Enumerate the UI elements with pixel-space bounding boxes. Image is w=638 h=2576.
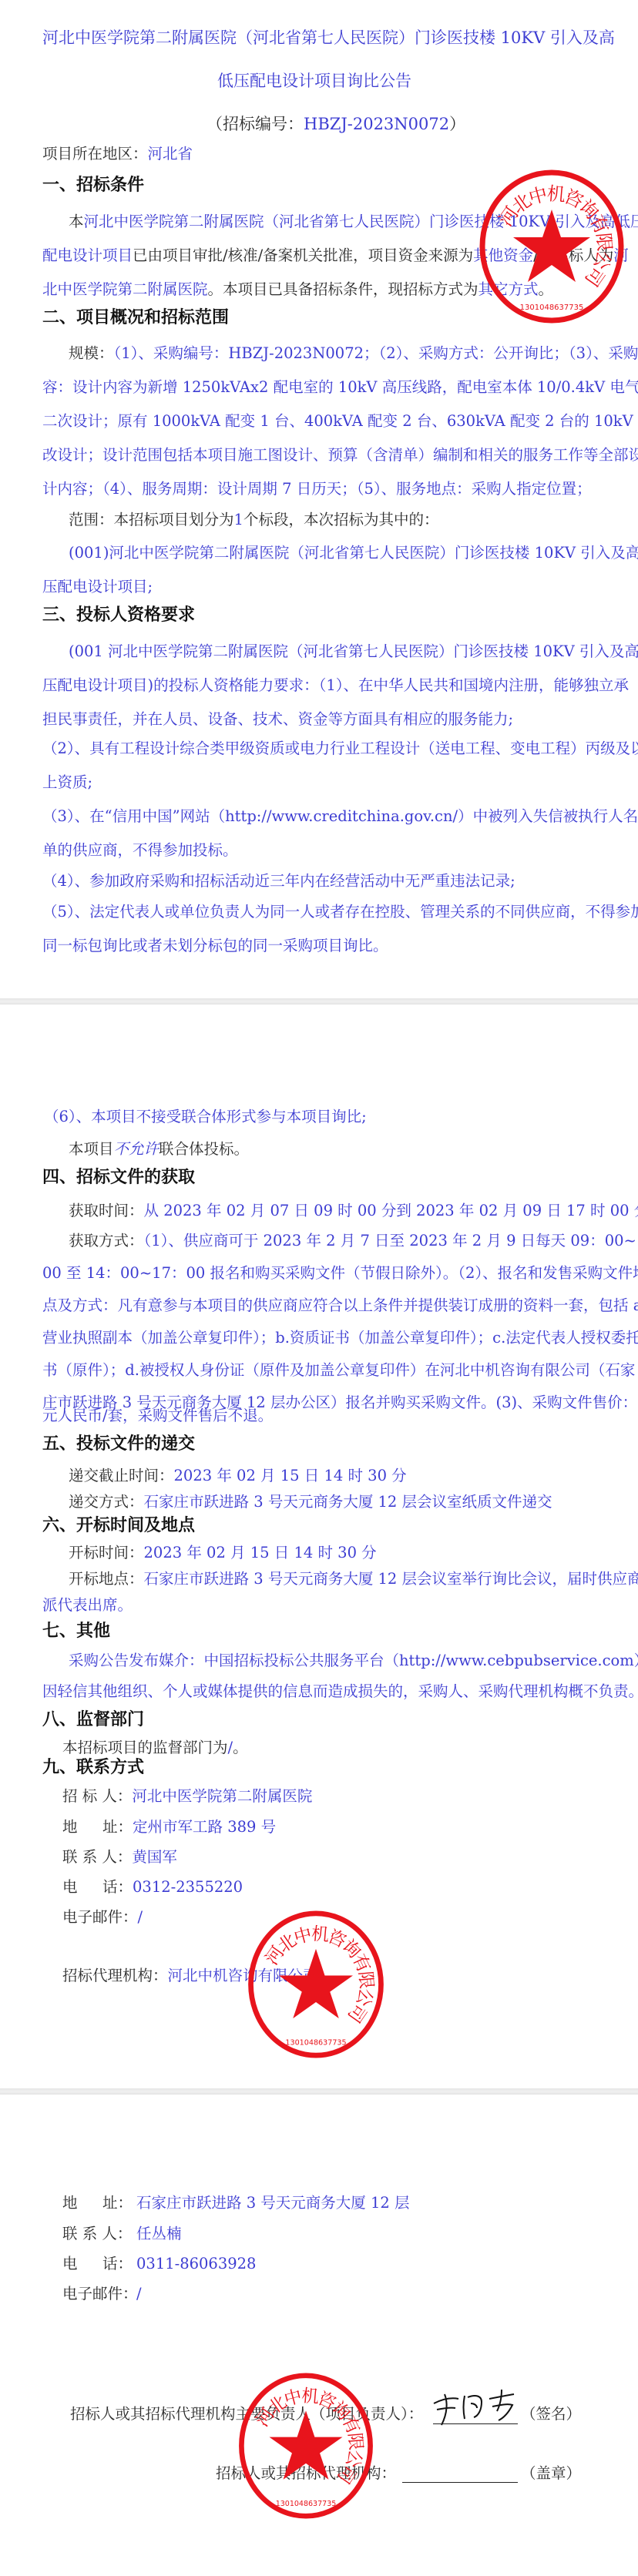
tender-number-label: （招标编号： xyxy=(207,115,304,133)
section-heading-8: 八、监督部门 xyxy=(42,1710,144,1730)
region-value: 河北省 xyxy=(148,145,193,163)
tenderer-phone-row: 电话：0312-2355220 xyxy=(62,1878,243,1897)
text: 范围：本招标项目划分为 xyxy=(69,511,234,528)
text: 已由项目审批/核准/备案机关批准，项目资金来源为 xyxy=(133,247,473,264)
section-heading-9: 九、联系方式 xyxy=(42,1758,144,1778)
s4-time: 获取时间：从 2023 年 02 月 07 日 09 时 00 分到 2023 … xyxy=(69,1202,638,1220)
label: 电子邮件： xyxy=(62,2285,136,2303)
signature-line xyxy=(433,2423,518,2424)
document-title-line1: 河北中医学院第二附属医院（河北省第七人民医院）门诊医技楼 10KV 引入及高 xyxy=(42,28,615,48)
tenderer-name: 河北中医学院第二附属医院 xyxy=(132,1787,312,1805)
s3-line2: 压配电设计项目)的投标人资格能力要求：（1）、在中华人民共和国境内注册，能够独立… xyxy=(42,676,629,695)
s3-req5-line1: （5）、法定代表人或单位负责人为同一人或者存在控股、管理关系的不同供应商，不得参… xyxy=(42,903,638,921)
s2-scale-line5: 计内容；（4）、服务周期：设计周期 7 日历天；（5）、服务地点：采购人指定位置… xyxy=(42,480,592,498)
opening-place-value: 石家庄市跃进路 3 号天元商务大厦 12 层会议室举行询比会议，届时供应商 xyxy=(144,1570,638,1588)
agency-contact: 任丛楠 xyxy=(136,2225,182,2242)
text: 本项目 xyxy=(69,1140,114,1158)
lot-count: 1 xyxy=(234,511,243,528)
opening-time-label: 开标时间： xyxy=(69,1544,144,1561)
s4-method-line4: 营业执照副本（加盖公章复印件）；b.资质证书（加盖公章复印件）；c.法定代表人授… xyxy=(42,1329,638,1347)
company-seal-icon: 河 北 中 机 咨 询 有 限 公 司 1301048637735 xyxy=(475,169,629,324)
scale-text: （1）、采购编号：HBZJ-2023N0072；（2）、采购方式：公开询比；（3… xyxy=(114,344,638,362)
svg-text:1301048637735: 1301048637735 xyxy=(520,304,584,312)
s3-line6: （3）、在“信用中国”网站（http://www.creditchina.gov… xyxy=(42,807,638,826)
stamp-line xyxy=(402,2482,518,2483)
s2-scale-line1: 规模：（1）、采购编号：HBZJ-2023N0072；（2）、采购方式：公开询比… xyxy=(69,344,638,363)
tenderer-address: 定州市军工路 389 号 xyxy=(133,1818,276,1836)
agency-phone-row: 电话：0311-86063928 xyxy=(62,2255,256,2273)
text: 本招标项目的监督部门为 xyxy=(62,1739,228,1756)
agency-phone: 0311-86063928 xyxy=(136,2255,256,2272)
s2-scale-line3: 二次设计；原有 1000kVA 配变 1 台、400kVA 配变 2 台、630… xyxy=(42,412,638,431)
agency-contact-row: 联 系 人：任丛楠 xyxy=(62,2225,182,2243)
label: 话： xyxy=(102,2255,136,2273)
label: 地 xyxy=(62,2194,102,2212)
agency-email: / xyxy=(136,2285,142,2303)
s3-line5: 上资质; xyxy=(42,773,92,792)
agency-email-row: 电子邮件：/ xyxy=(62,2285,142,2303)
s6-time: 开标时间：2023 年 02 月 15 日 14 时 30 分 xyxy=(69,1544,377,1562)
tenderer-name: 北中医学院第二附属医院 xyxy=(42,280,208,298)
s3-line7: 单的供应商，不得参加投标。 xyxy=(42,841,238,860)
s8-line: 本招标项目的监督部门为/。 xyxy=(62,1739,248,1757)
project-name: 配电设计项目 xyxy=(42,247,133,264)
company-seal-icon: 河 北 中 机 咨 询 有 限 公 司 1301048637735 xyxy=(233,2368,379,2524)
tender-number-value: HBZJ-2023N0072 xyxy=(304,115,449,133)
s4-method-line7: 元人民币/套，采购文件售后不退。 xyxy=(42,1407,273,1425)
text: 联合体投标。 xyxy=(159,1140,249,1158)
text: 本 xyxy=(69,213,84,230)
opening-place-label: 开标地点： xyxy=(69,1570,144,1588)
label: 联 系 人： xyxy=(62,1848,132,1866)
opening-time-value: 2023 年 02 月 15 日 14 时 30 分 xyxy=(144,1544,377,1561)
acquire-method-text: （1）、供应商可于 2023 年 2 月 7 日至 2023 年 2 月 9 日… xyxy=(144,1232,638,1249)
deadline-value: 2023 年 02 月 15 日 14 时 30 分 xyxy=(174,1467,407,1484)
label: 电子邮件： xyxy=(62,1908,138,1926)
section-heading-7: 七、其他 xyxy=(42,1622,110,1642)
company-seal-icon: 河 北 中 机 咨 询 有 限 公 司 1301048637735 xyxy=(242,1909,390,2060)
page-break xyxy=(0,998,638,1005)
submit-method-label: 递交方式： xyxy=(69,1493,144,1511)
text: 个标段，本次招标为其中的： xyxy=(243,511,439,528)
s3-req5-line2: 同一标包询比或者未划分标包的同一采购项目询比。 xyxy=(42,937,388,955)
acquire-time-label: 获取时间： xyxy=(69,1202,144,1219)
handwritten-signature-icon xyxy=(428,2386,520,2433)
region-label: 项目所在地区： xyxy=(42,145,148,163)
agency-address: 石家庄市跃进路 3 号天元商务大厦 12 层 xyxy=(136,2194,410,2212)
s3-line4: （2）、具有工程设计综合类甲级资质或电力行业工程设计（送电工程、变电工程）丙级及… xyxy=(42,740,638,758)
section-heading-6: 六、开标时间及地点 xyxy=(42,1516,195,1536)
tenderer-name-row: 招 标 人：河北中医学院第二附属医院 xyxy=(62,1787,312,1806)
s4-method-line1: 获取方式：（1）、供应商可于 2023 年 2 月 7 日至 2023 年 2 … xyxy=(69,1232,638,1250)
submit-method-value: 石家庄市跃进路 3 号天元商务大厦 12 层会议室纸质文件递交 xyxy=(144,1493,552,1511)
tender-number: （招标编号：HBZJ-2023N0072） xyxy=(207,114,465,134)
text: 。本项目已具备招标条件，现招标方式为 xyxy=(208,280,478,298)
s3-req6: （6）、本项目不接受联合体形式参与本项目询比; xyxy=(44,1108,367,1126)
tender-number-close: ） xyxy=(449,115,465,133)
label: 电 xyxy=(62,2255,102,2273)
s7-line2: 因轻信其他组织、个人或媒体提供的信息而造成损失的，采购人、采购代理机构概不负责。 xyxy=(42,1682,638,1701)
section-heading-3: 三、投标人资格要求 xyxy=(42,605,195,626)
tenderer-contact: 黄国军 xyxy=(132,1848,177,1866)
s2-range-line: 范围：本招标项目划分为1个标段，本次招标为其中的： xyxy=(69,511,438,529)
s5-method: 递交方式：石家庄市跃进路 3 号天元商务大厦 12 层会议室纸质文件递交 xyxy=(69,1493,552,1511)
s2-scale-line2: 容：设计内容为新增 1250kVAx2 配电室的 10kV 高压线路，配电室本体… xyxy=(42,378,638,397)
label: 话： xyxy=(102,1878,133,1896)
svg-text:1301048637735: 1301048637735 xyxy=(276,2500,337,2508)
tenderer-address-row: 地址：定州市军工路 389 号 xyxy=(62,1818,276,1836)
s2-lot-line1: (001)河北中医学院第二附属医院（河北省第七人民医院）门诊医技楼 10KV 引… xyxy=(69,544,638,562)
acquire-time-value: 从 2023 年 02 月 07 日 09 时 00 分到 2023 年 02 … xyxy=(144,1202,638,1219)
label: 联 系 人： xyxy=(62,2225,136,2243)
section-heading-4: 四、招标文件的获取 xyxy=(42,1168,195,1188)
consortium-value: 不允许 xyxy=(114,1140,159,1158)
deadline-label: 递交截止时间： xyxy=(69,1467,174,1484)
s3-line8: （4）、参加政府采购和招标活动近三年内在经营活动中无严重违法记录; xyxy=(42,872,515,891)
page-break xyxy=(0,2088,638,2095)
label: 址： xyxy=(102,1818,133,1836)
label: 址： xyxy=(102,2194,136,2212)
scale-label: 规模： xyxy=(69,344,114,362)
s3-line3: 担民事责任，并在人员、设备、技术、资金等方面具有相应的服务能力; xyxy=(42,710,513,729)
signature-suffix: （签名） xyxy=(521,2405,581,2423)
acquire-method-label: 获取方式： xyxy=(69,1232,144,1249)
s2-lot-line2: 压配电设计项目; xyxy=(42,578,153,596)
tenderer-email-row: 电子邮件：/ xyxy=(62,1908,143,1927)
s2-scale-line4: 改设计；设计范围包括本项目施工图设计、预算（含清单）编制和相关的服务工作等全部设 xyxy=(42,446,638,465)
s4-method-line3: 点及方式：凡有意参与本项目的供应商应符合以上条件并提供装订成册的资料一套，包括 … xyxy=(42,1296,638,1315)
s7-line1: 采购公告发布媒介：中国招标投标公共服务平台（http://www.cebpubs… xyxy=(69,1652,638,1670)
s4-method-line2: 00 至 14：00~17：00 报名和购买采购文件（节假日除外）。（2）、报名… xyxy=(42,1264,638,1283)
section-heading-2: 二、项目概况和招标范围 xyxy=(42,308,229,328)
project-region: 项目所在地区：河北省 xyxy=(42,145,193,163)
label: 电 xyxy=(62,1878,102,1897)
label: 招标代理机构： xyxy=(62,1967,168,1984)
tenderer-email: / xyxy=(138,1908,143,1926)
s5-deadline: 递交截止时间：2023 年 02 月 15 日 14 时 30 分 xyxy=(69,1467,407,1485)
section-heading-5: 五、投标文件的递交 xyxy=(42,1434,195,1454)
text: 。 xyxy=(233,1739,248,1756)
tenderer-phone: 0312-2355220 xyxy=(133,1878,243,1896)
tenderer-contact-row: 联 系 人：黄国军 xyxy=(62,1848,177,1867)
svg-text:1301048637735: 1301048637735 xyxy=(285,2039,346,2048)
page-1: 河北中医学院第二附属医院（河北省第七人民医院）门诊医技楼 10KV 引入及高 低… xyxy=(0,0,638,998)
document-title-line2: 低压配电设计项目询比公告 xyxy=(217,71,411,91)
label: 地 xyxy=(62,1818,102,1836)
s3-line1: (001 河北中医学院第二附属医院（河北省第七人民医院）门诊医技楼 10KV 引… xyxy=(69,642,638,661)
s3-consortium: 本项目不允许联合体投标。 xyxy=(69,1140,249,1159)
s6-place-line2: 派代表出席。 xyxy=(42,1596,133,1615)
stamp-suffix: （盖章） xyxy=(521,2464,581,2483)
s6-place-line1: 开标地点：石家庄市跃进路 3 号天元商务大厦 12 层会议室举行询比会议，届时供… xyxy=(69,1570,638,1588)
s4-method-line5: 书（原件）；d.被授权人身份证（原件及加盖公章复印件）在河北中机咨询有限公司（石… xyxy=(42,1361,635,1380)
section-heading-1: 一、招标条件 xyxy=(42,176,144,196)
label: 招 标 人： xyxy=(62,1787,132,1805)
agency-address-row: 地址：石家庄市跃进路 3 号天元商务大厦 12 层 xyxy=(62,2194,410,2212)
